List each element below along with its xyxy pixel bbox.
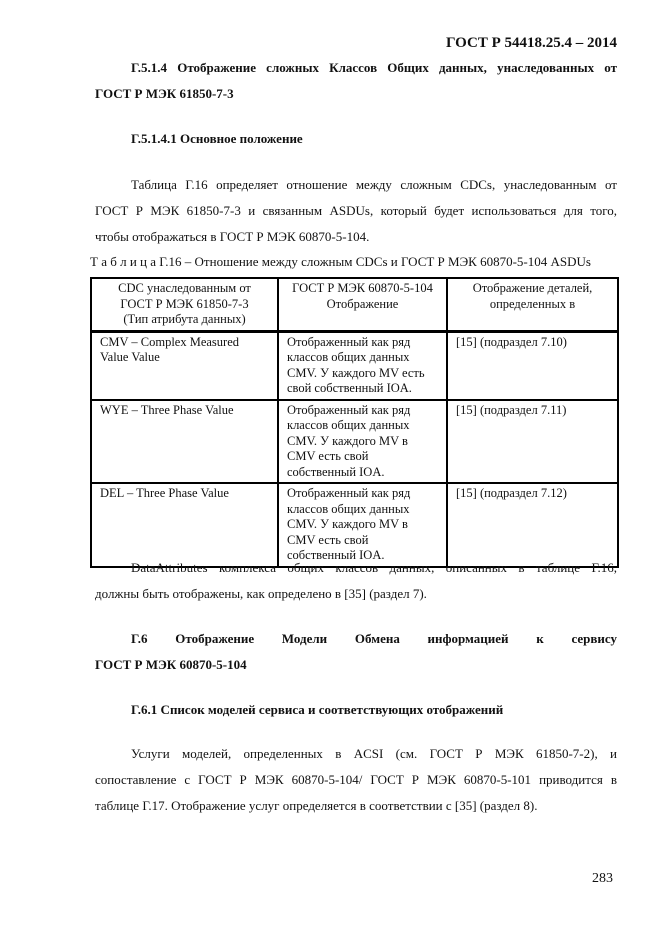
cell-del-details: [15] (подраздел 7.12): [447, 483, 618, 567]
table-row-cmv: CMV – Complex MeasuredValue Value Отобра…: [91, 331, 618, 400]
document-page: ГОСТ Р 54418.25.4 – 2014 Г.5.1.4 Отображ…: [0, 0, 661, 935]
cell-cmv-mapping: Отображенный как рядклассов общих данных…: [278, 331, 447, 400]
heading-g514: Г.5.1.4 Отображение сложных Классов Общи…: [95, 55, 617, 107]
table-header-details: Отображение деталей,определенных в: [447, 278, 618, 331]
paragraph-services: Услуги моделей, определенных в ACSI (см.…: [95, 741, 617, 819]
heading-g514-line2: ГОСТ Р МЭК 61850-7-3: [95, 81, 617, 107]
table-header-cdc: CDC унаследованным отГОСТ Р МЭК 61850-7-…: [91, 278, 278, 331]
table-row-wye: WYE – Three Phase Value Отображенный как…: [91, 400, 618, 484]
cell-wye-name: WYE – Three Phase Value: [91, 400, 278, 484]
heading-g6-line2: ГОСТ Р МЭК 60870-5-104: [95, 652, 617, 678]
heading-g61: Г.6.1 Список моделей сервиса и соответст…: [95, 697, 617, 723]
heading-g6-line1: Г.6 Отображение Модели Обмена информацие…: [95, 626, 617, 652]
table-g16: CDC унаследованным отГОСТ Р МЭК 61850-7-…: [90, 277, 617, 568]
table-g16-caption: Т а б л и ц а Г.16 – Отношение между сло…: [90, 252, 630, 272]
cell-del-mapping: Отображенный как рядклассов общих данных…: [278, 483, 447, 567]
page-number: 283: [95, 869, 613, 889]
cell-cmv-details: [15] (подраздел 7.10): [447, 331, 618, 400]
table-header-mapping: ГОСТ Р МЭК 60870-5-104Отображение: [278, 278, 447, 331]
table-row-del: DEL – Three Phase Value Отображенный как…: [91, 483, 618, 567]
cell-del-name: DEL – Three Phase Value: [91, 483, 278, 567]
doc-code-header: ГОСТ Р 54418.25.4 – 2014: [95, 33, 617, 53]
heading-g6: Г.6 Отображение Модели Обмена информацие…: [95, 626, 617, 678]
cell-wye-mapping: Отображенный как рядклассов общих данных…: [278, 400, 447, 484]
paragraph-table-g16-intro: Таблица Г.16 определяет отношение между …: [95, 172, 617, 250]
heading-g5141: Г.5.1.4.1 Основное положение: [95, 126, 617, 152]
heading-g514-line1: Г.5.1.4 Отображение сложных Классов Общи…: [95, 55, 617, 81]
paragraph-dataattributes: DataAttributes комплекса общих классов д…: [95, 555, 617, 607]
cell-cmv-name: CMV – Complex MeasuredValue Value: [91, 331, 278, 400]
cell-wye-details: [15] (подраздел 7.11): [447, 400, 618, 484]
table-header-row: CDC унаследованным отГОСТ Р МЭК 61850-7-…: [91, 278, 618, 331]
